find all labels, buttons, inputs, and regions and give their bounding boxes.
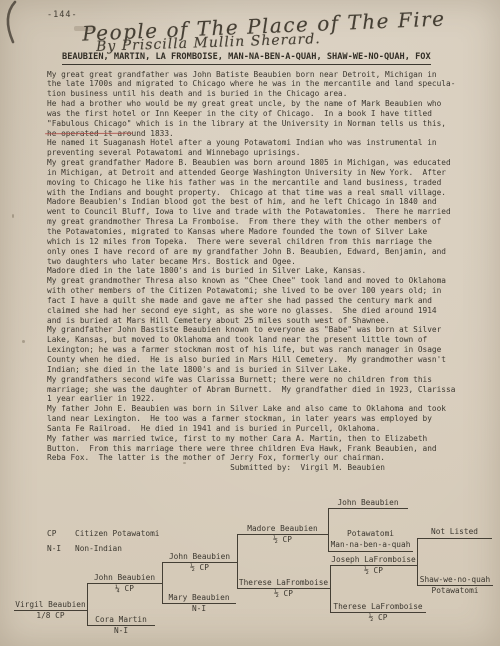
person-john-quarter-note: ¼ CP xyxy=(87,584,162,594)
paper-speck xyxy=(183,462,186,464)
person-cora-note: N-I xyxy=(87,626,155,636)
person-mary-beaubien: Mary Beaubien xyxy=(162,593,236,603)
person-shawwenoquah-tribe: Potawatomi xyxy=(417,586,493,596)
person-shawwenoquah: Shaw-we-no-quah xyxy=(417,575,493,585)
page-number: -144- xyxy=(47,10,78,20)
person-mannabenaquah-tribe: Potawatomi xyxy=(328,529,413,539)
person-mary-note: N-I xyxy=(162,604,236,614)
person-virgil-beaubien: Virgil Beaubien xyxy=(14,600,87,610)
person-madore-beaubien: Madore Beaubien xyxy=(237,524,328,534)
person-joseph-note: ½ CP xyxy=(330,566,417,576)
paper-speck xyxy=(22,340,25,343)
person-john-beaubien-half: John Beaubien xyxy=(162,552,237,562)
line-mannabenaquah xyxy=(328,551,413,552)
legend-abbr-ni: N-I xyxy=(47,544,61,553)
legend-meaning-cp: Citizen Potawatomi xyxy=(75,529,160,538)
line-john-sr xyxy=(328,508,408,509)
person-joseph-lafromboise: Joseph LaFromboise xyxy=(330,555,417,565)
line-not-listed xyxy=(417,538,492,539)
body-text: My great great grandfather was John Bati… xyxy=(47,70,477,474)
person-therese-lafromboise-sr: Therese LaFromboise xyxy=(330,602,426,612)
person-john-half-note: ½ CP xyxy=(162,563,237,573)
person-therese-lafromboise: Therese LaFromboise xyxy=(237,578,330,588)
person-cora-martin: Cora Martin xyxy=(87,615,155,625)
person-therese-note: ½ CP xyxy=(237,589,330,599)
legend-meaning-ni: Non-Indian xyxy=(75,544,122,553)
legend-abbr-cp: CP xyxy=(47,529,56,538)
corner-pen-mark xyxy=(0,0,24,46)
person-madore-note: ½ CP xyxy=(237,535,328,545)
scanned-document-page: -144- People of The Place of The Fire By… xyxy=(0,0,500,646)
person-john-beaubien-sr: John Beaubien xyxy=(328,498,408,508)
document-title: BEAUBIEN, MARTIN, LA FROMBOISE, MAN-NA-B… xyxy=(62,52,431,65)
person-virgil-note: 1/8 CP xyxy=(14,611,87,621)
paper-speck xyxy=(12,214,14,218)
person-mannabenaquah: Man-na-ben-a-quah xyxy=(328,540,413,550)
person-therese-sr-note: ½ CP xyxy=(330,613,426,623)
person-not-listed: Not Listed xyxy=(417,527,492,537)
person-john-beaubien-quarter: John Beaubien xyxy=(87,573,162,583)
